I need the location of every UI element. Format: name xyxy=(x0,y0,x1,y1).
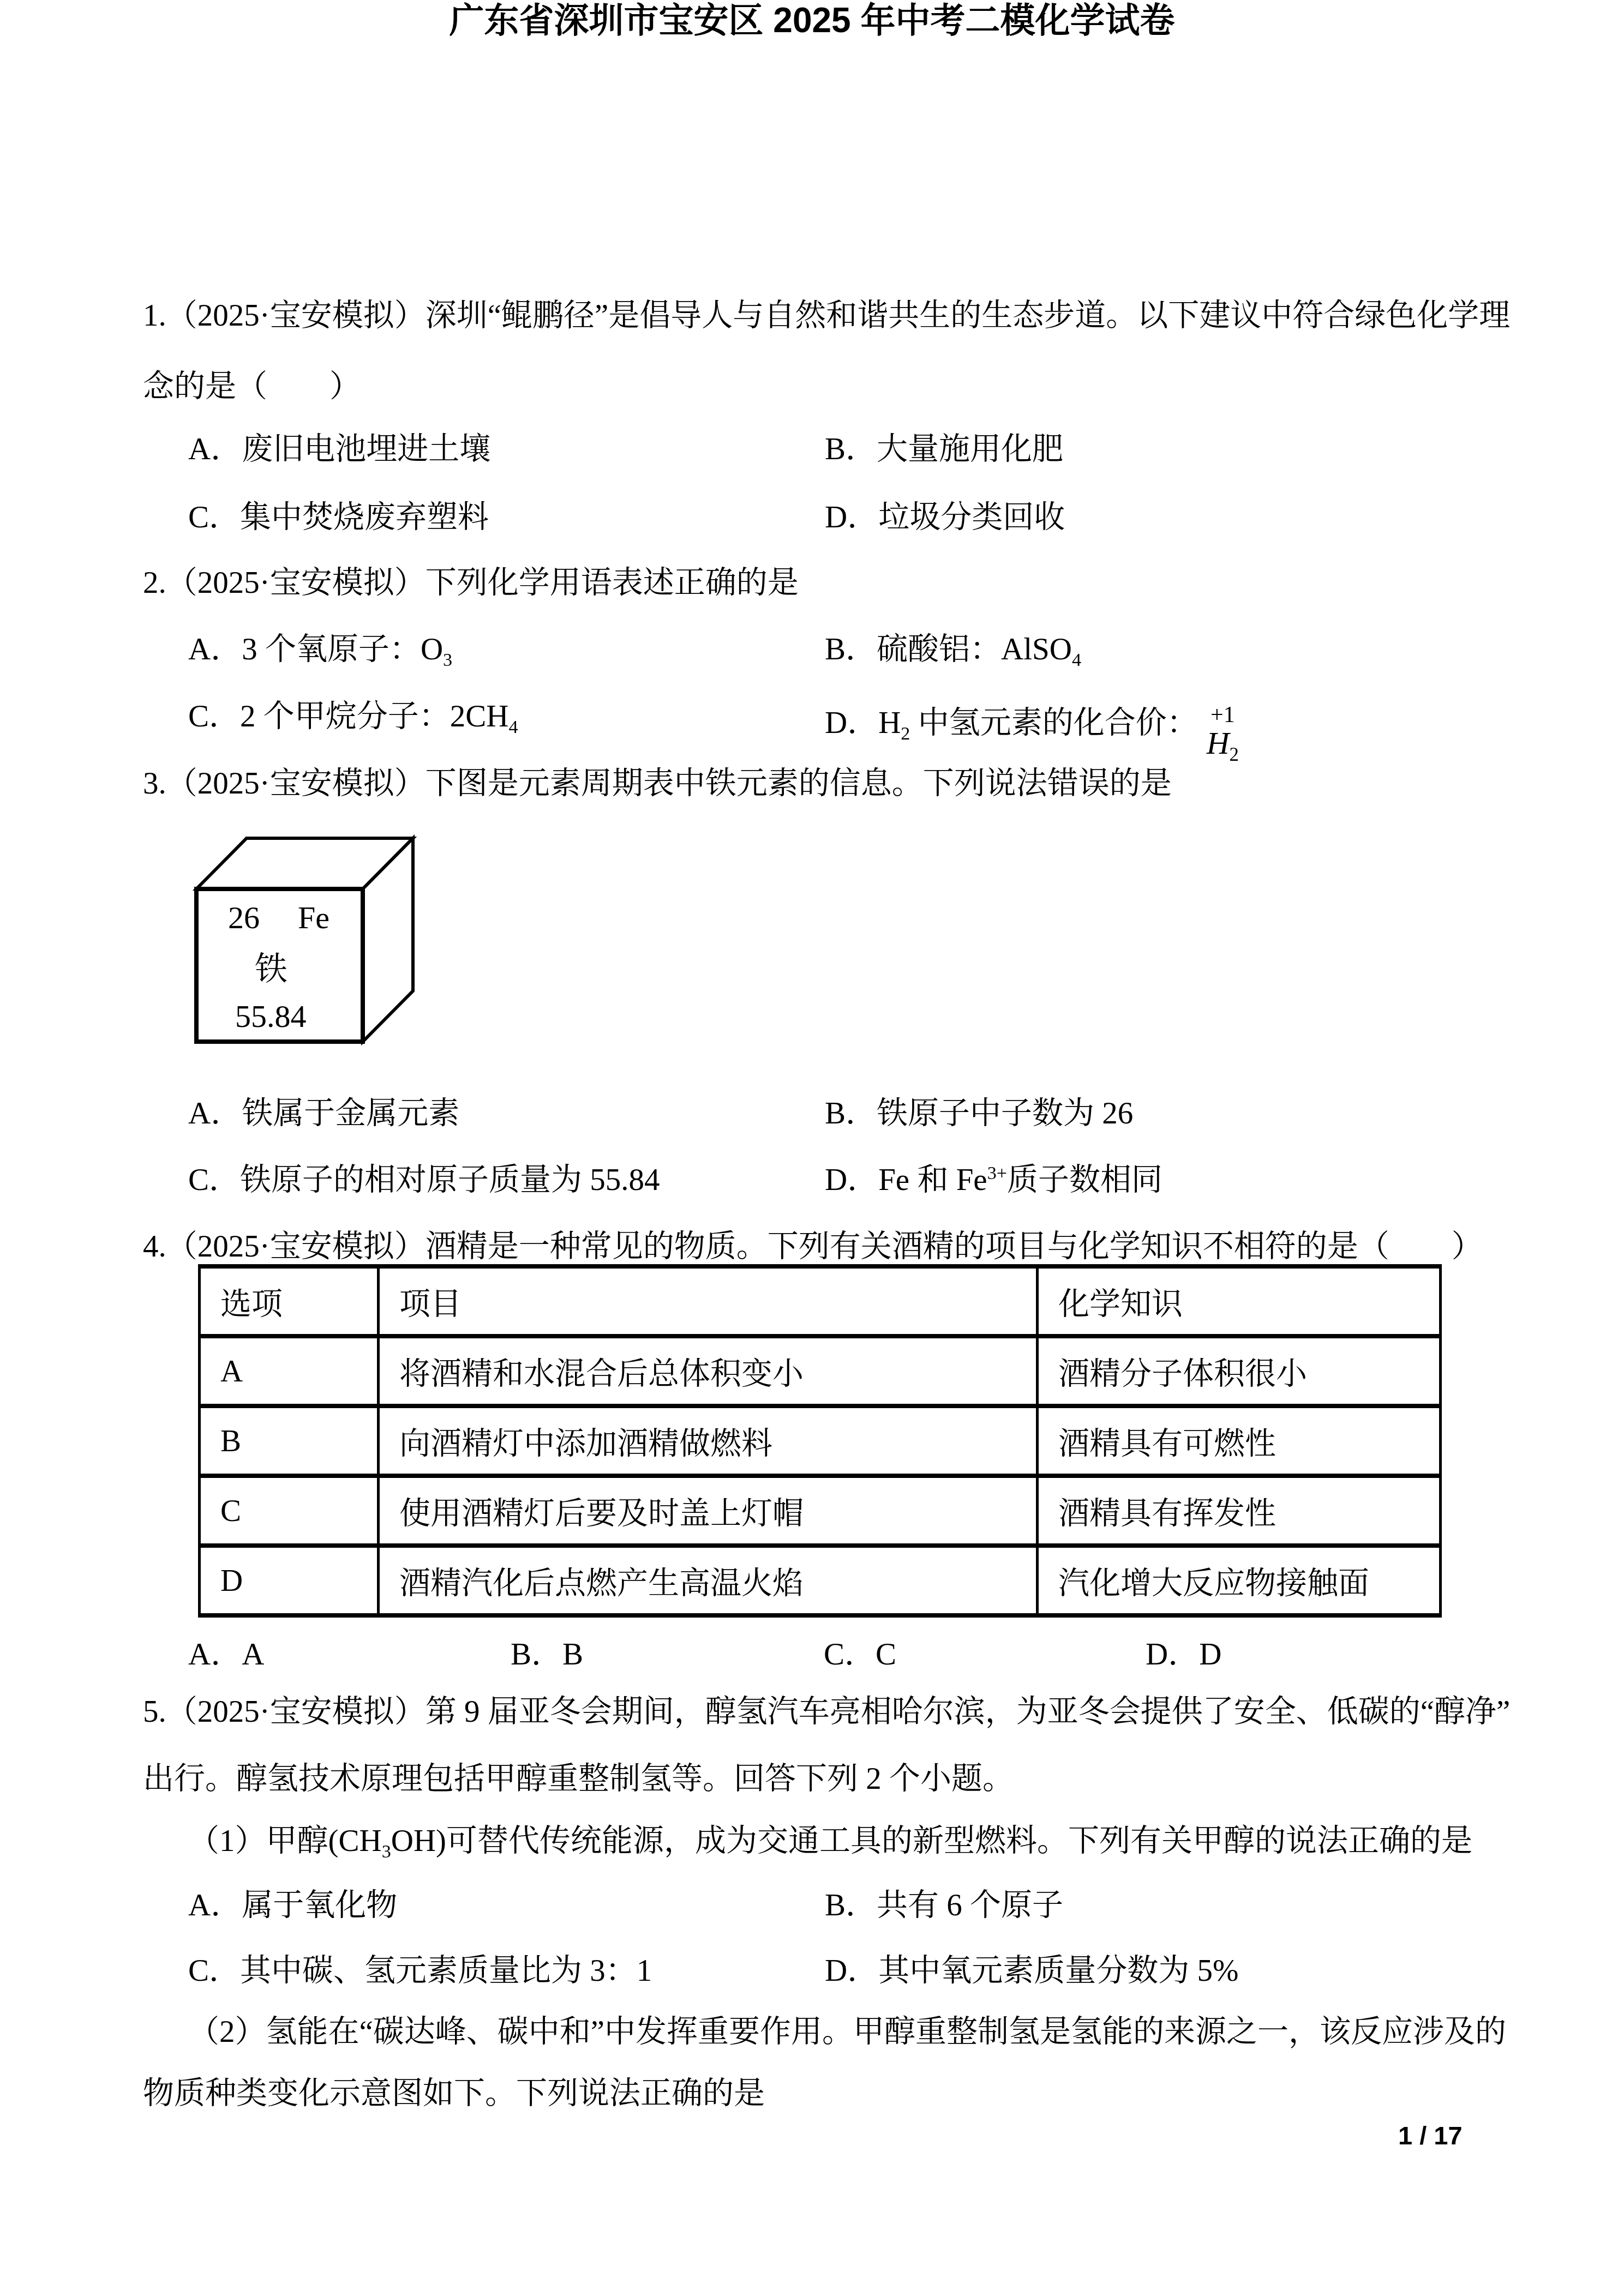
table-cell-knowledge: 酒精分子体积很小 xyxy=(1038,1336,1441,1406)
q4-answer-option-a: A．A xyxy=(188,1636,264,1673)
page-number: 1 / 17 xyxy=(1398,2120,1463,2150)
q1-option-c-text: 集中焚烧废弃塑料 xyxy=(240,500,489,534)
q4-answer-option-c: C．C xyxy=(824,1636,896,1673)
table-row: C 使用酒精灯后要及时盖上灯帽 酒精具有挥发性 xyxy=(200,1476,1441,1546)
table-cell-item: 酒精汽化后点燃产生高温火焰 xyxy=(379,1546,1038,1615)
valence-charge: +1 xyxy=(1207,704,1239,727)
q2-option-d-valence-notation: +1H2 xyxy=(1207,704,1239,759)
q3-option-d-formula: Fe 和 Fe3+质子数相同 xyxy=(878,1163,1162,1197)
table-cell-option: B xyxy=(200,1406,379,1476)
q3-option-a: A．铁属于金属元素 xyxy=(188,1095,459,1132)
exam-paper-page: 广东省深圳市宝安区 2025 年中考二模化学试卷 1.（2025·宝安模拟）深圳… xyxy=(0,0,1624,2296)
q3-option-a-text: 铁属于金属元素 xyxy=(242,1096,459,1131)
q2-option-b-formula: 硫酸铝：AlSO4 xyxy=(877,632,1081,666)
q2-option-b-label: B． xyxy=(825,632,877,666)
table-row: B 向酒精灯中添加酒精做燃料 酒精具有可燃性 xyxy=(200,1406,1441,1476)
q3-stem: 3.（2025·宝安模拟）下图是元素周期表中铁元素的信息。下列说法错误的是 xyxy=(143,765,1172,802)
q5-sub1-stem: （1）甲醇(CH3OH)可替代传统能源，成为交通工具的新型燃料。下列有关甲醇的说… xyxy=(188,1823,1472,1859)
q2-option-d: D．H2 中氢元素的化合价：+1H2 xyxy=(825,698,1239,754)
q5-stem-line2: 出行。醇氢技术原理包括甲醇重整制氢等。回答下列 2 个小题。 xyxy=(143,1760,1014,1797)
q3-option-c: C．铁原子的相对原子质量为 55.84 xyxy=(188,1162,660,1198)
table-cell-option: D xyxy=(200,1546,379,1615)
element-symbol: Fe xyxy=(298,900,329,935)
q3-option-b-label: B． xyxy=(825,1096,877,1131)
q5-sub1-option-c: C．其中碳、氢元素质量比为 3：1 xyxy=(188,1952,652,1989)
table-row: D 酒精汽化后点燃产生高温火焰 汽化增大反应物接触面 xyxy=(200,1546,1441,1615)
q3-option-b: B．铁原子中子数为 26 xyxy=(825,1095,1133,1132)
element-atomic-number: 26 xyxy=(228,900,260,935)
q4-answer-option-d: D．D xyxy=(1146,1636,1221,1673)
q1-option-b-label: B． xyxy=(825,432,877,466)
q2-option-a-formula: 3 个氧原子：O3 xyxy=(242,632,452,666)
q3-option-b-text: 铁原子中子数为 26 xyxy=(877,1096,1133,1131)
table-cell-option: A xyxy=(200,1336,379,1406)
q2-option-a-label: A． xyxy=(188,632,242,666)
table-header-item: 项目 xyxy=(379,1266,1038,1336)
element-cell-3d-box-diagram: 26 Fe 铁 55.84 xyxy=(191,832,426,1055)
q2-option-b: B．硫酸铝：AlSO4 xyxy=(825,631,1081,668)
q2-option-c-formula: 2 个甲烷分子：2CH4 xyxy=(240,699,518,734)
q4-stem: 4.（2025·宝安模拟）酒精是一种常见的物质。下列有关酒精的项目与化学知识不相… xyxy=(143,1228,1483,1265)
valence-element: H2 xyxy=(1207,727,1239,759)
table-cell-knowledge: 汽化增大反应物接触面 xyxy=(1038,1546,1441,1615)
q5-sub2-stem-line1: （2）氢能在“碳达峰、碳中和”中发挥重要作用。甲醇重整制氢是氢能的来源之一，该反… xyxy=(188,2013,1506,2050)
element-name: 铁 xyxy=(255,951,287,987)
q3-option-c-text: 铁原子的相对原子质量为 55.84 xyxy=(240,1163,660,1197)
q2-option-d-formula: H2 中氢元素的化合价： xyxy=(878,706,1198,740)
q2-option-a: A．3 个氧原子：O3 xyxy=(188,631,452,668)
table-cell-knowledge: 酒精具有可燃性 xyxy=(1038,1406,1441,1476)
q1-option-d-label: D． xyxy=(825,500,878,534)
q1-option-b: B．大量施用化肥 xyxy=(825,431,1063,467)
q1-stem-line1: 1.（2025·宝安模拟）深圳“鲲鹏径”是倡导人与自然和谐共生的生态步道。以下建… xyxy=(143,297,1510,334)
q1-option-d-text: 垃圾分类回收 xyxy=(878,500,1065,534)
q3-option-d: D．Fe 和 Fe3+质子数相同 xyxy=(825,1162,1162,1198)
q2-option-d-label: D． xyxy=(825,706,878,740)
q1-option-c: C．集中焚烧废弃塑料 xyxy=(188,499,489,536)
q1-stem-line2: 念的是（ ） xyxy=(143,368,361,405)
q3-option-c-label: C． xyxy=(188,1163,240,1197)
q5-sub1-option-d: D．其中氧元素质量分数为 5% xyxy=(825,1952,1238,1989)
table-cell-item: 使用酒精灯后要及时盖上灯帽 xyxy=(379,1476,1038,1546)
table-header-row: 选项 项目 化学知识 xyxy=(200,1266,1441,1336)
q1-option-a-text: 废旧电池埋进土壤 xyxy=(242,432,490,466)
q5-sub2-stem-line2: 物质种类变化示意图如下。下列说法正确的是 xyxy=(143,2075,765,2112)
table-header-knowledge: 化学知识 xyxy=(1038,1266,1441,1336)
table-cell-item: 向酒精灯中添加酒精做燃料 xyxy=(379,1406,1038,1476)
q1-option-d: D．垃圾分类回收 xyxy=(825,499,1065,536)
table-cell-knowledge: 酒精具有挥发性 xyxy=(1038,1476,1441,1546)
q5-sub1-option-a: A．属于氧化物 xyxy=(188,1887,397,1924)
q2-option-c: C．2 个甲烷分子：2CH4 xyxy=(188,698,518,735)
q1-option-b-text: 大量施用化肥 xyxy=(877,432,1063,466)
q1-option-c-label: C． xyxy=(188,500,240,534)
q5-sub1-option-b: B．共有 6 个原子 xyxy=(825,1887,1063,1924)
table-row: A 将酒精和水混合后总体积变小 酒精分子体积很小 xyxy=(200,1336,1441,1406)
table-cell-item: 将酒精和水混合后总体积变小 xyxy=(379,1336,1038,1406)
page-title: 广东省深圳市宝安区 2025 年中考二模化学试卷 xyxy=(0,0,1624,41)
q3-option-d-label: D． xyxy=(825,1163,878,1197)
table-header-option: 选项 xyxy=(200,1266,379,1336)
q1-option-a-label: A． xyxy=(188,432,242,466)
table-cell-option: C xyxy=(200,1476,379,1546)
q4-answer-option-b: B．B xyxy=(511,1636,583,1673)
q4-comparison-table: 选项 项目 化学知识 A 将酒精和水混合后总体积变小 酒精分子体积很小 B 向酒… xyxy=(198,1264,1442,1618)
q2-stem: 2.（2025·宝安模拟）下列化学用语表述正确的是 xyxy=(143,564,799,601)
element-relative-mass: 55.84 xyxy=(235,999,307,1034)
q1-option-a: A．废旧电池埋进土壤 xyxy=(188,431,490,467)
q5-stem-line1: 5.（2025·宝安模拟）第 9 届亚冬会期间，醇氢汽车亮相哈尔滨，为亚冬会提供… xyxy=(143,1693,1510,1730)
q2-option-c-label: C． xyxy=(188,699,240,734)
q3-option-a-label: A． xyxy=(188,1096,242,1131)
